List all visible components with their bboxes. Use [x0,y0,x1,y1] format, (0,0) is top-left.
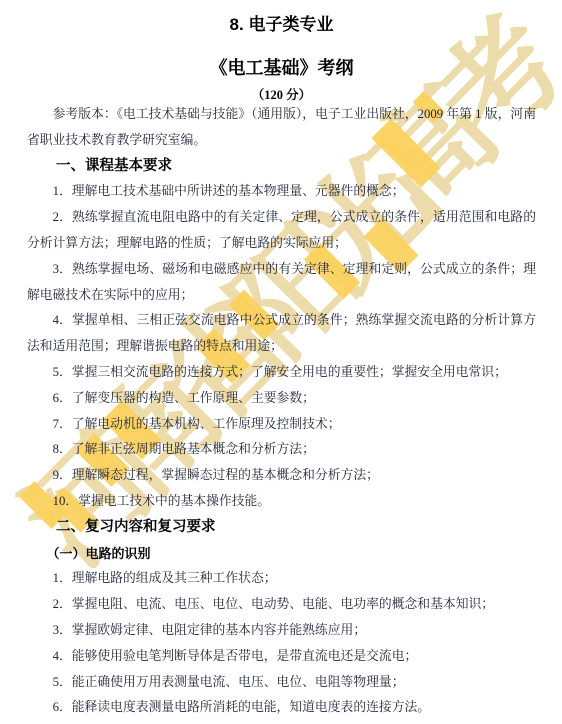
section1-heading: 一、课程基本要求 [27,154,536,180]
outline-item: 2．熟练掌握直流电阻电路中的有关定律、定理，公式成立的条件，适用范围和电路的分析… [27,205,536,257]
outline-item: 8．了解非正弦周期电路基本概念和分析方法； [27,437,536,463]
outline-item: 10．掌握电工技术中的基本操作技能。 [27,489,536,515]
document-content: 8. 电子类专业 《电工基础》考纲 （120 分） 参考版本：《电工技术基础与技… [0,0,562,724]
outline-body: 参考版本：《电工技术基础与技能》（通用版），电子工业出版社，2009 年第 1 … [27,102,536,721]
outline-item: 9．理解瞬态过程，掌握瞬态过程的基本概念和分析方法； [27,463,536,489]
outline-item: 6．了解变压器的构造、工作原理、主要参数； [27,386,536,412]
outline-item: 2．掌握电阻、电流、电压、电位、电动势、电能、电功率的概念和基本知识； [27,592,536,618]
document-page: 河南省阳光高考 8. 电子类专业 《电工基础》考纲 （120 分） 参考版本：《… [0,0,562,724]
outline-item: 6．能释读电度表测量电路所消耗的电能，知道电度表的连接方法。 [27,695,536,721]
outline-item: 4．掌握单相、三相正弦交流电路中公式成立的条件；熟练掌握交流电路的分析计算方法和… [27,308,536,360]
outline-item: 5．能正确使用万用表测量电流、电压、电位、电阻等物理量； [27,670,536,696]
outline-item: 1．理解电工技术基础中所讲述的基本物理量、元器件的概念； [27,179,536,205]
points-label: （120 分） [27,88,536,102]
doc-subtitle: 《电工基础》考纲 [27,56,536,80]
section2-subheading: （一）电路的识别 [27,541,536,567]
outline-item: 3．掌握欧姆定律、电阻定律的基本内容并能熟练应用； [27,618,536,644]
outline-item: 7．了解电动机的基本机构、工作原理及控制技术； [27,412,536,438]
reference-paragraph: 参考版本：《电工技术基础与技能》（通用版），电子工业出版社，2009 年第 1 … [27,102,536,154]
outline-item: 3．熟练掌握电场、磁场和电磁感应中的有关定律、定理和定则，公式成立的条件；理解电… [27,257,536,309]
section2-heading: 二、复习内容和复习要求 [27,515,536,541]
outline-item: 5．掌握三相交流电路的连接方式；了解安全用电的重要性；掌握安全用电常识； [27,360,536,386]
outline-item: 4．能够使用验电笔判断导体是否带电，是带直流电还是交流电； [27,644,536,670]
outline-item: 1．理解电路的组成及其三种工作状态； [27,566,536,592]
doc-title: 8. 电子类专业 [27,14,536,36]
